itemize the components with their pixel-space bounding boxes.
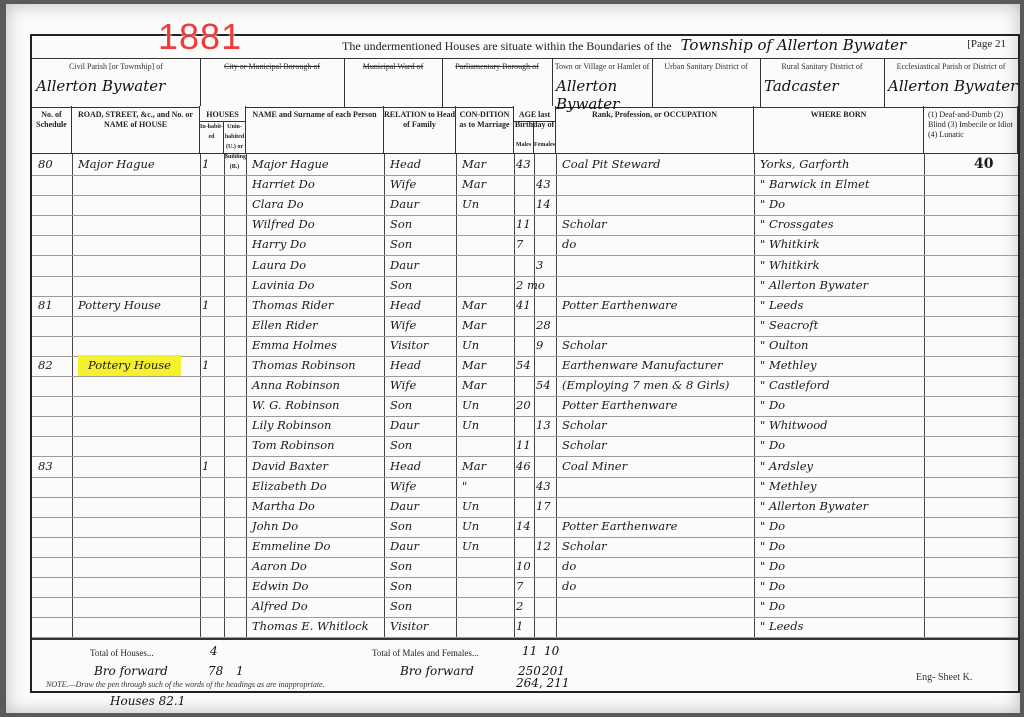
cell-house: Pottery House [78,355,181,376]
cell-rel: Daur [390,194,419,215]
infirmity-note: 40 [974,154,993,175]
cell-born: " Leeds [760,616,803,637]
table-row: Anna RobinsonWifeMar54(Employing 7 men &… [32,375,1018,397]
total-persons-label: Total of Males and Females... [372,648,479,658]
cell-rel: Daur [390,496,419,517]
cell-name: Major Hague [252,154,329,175]
total-females: 10 [544,644,559,658]
cell-cond: Un [462,496,479,517]
cell-occ: Potter Earthenware [562,295,677,316]
cell-f: 54 [536,375,551,396]
cell-f: 43 [536,174,551,195]
district-field: City or Municipal Borough of [200,59,345,107]
cell-cond: Mar [462,174,486,195]
column-group-inh: HOUSES [200,106,246,122]
cell-name: Lily Robinson [252,415,331,436]
district-field-label: Civil Parish [or Township] of [32,59,200,71]
table-row: Laura DoDaur3" Whitkirk [32,255,1018,277]
cell-sched: 81 [38,295,53,316]
cell-m: 1 [516,616,523,637]
cell-occ: Scholar [562,335,607,356]
total-males: 11 [522,644,537,658]
cell-cond: Mar [462,375,486,396]
cell-rel: Head [390,295,421,316]
cell-cond: Mar [462,355,486,376]
cell-inh: 1 [202,456,209,477]
cell-born: " Whitkirk [760,234,820,255]
cell-name: Anna Robinson [252,375,340,396]
cell-occ: do [562,556,576,577]
cell-m: 7 [516,576,523,597]
cell-occ: Potter Earthenware [562,516,677,537]
cell-rel: Son [390,214,412,235]
cell-name: Harriet Do [252,174,315,195]
cell-rel: Visitor [390,616,428,637]
cell-occ: Scholar [562,214,607,235]
cell-born: " Do [760,536,785,557]
cell-occ: Coal Miner [562,456,627,477]
page-number: [Page 21 [967,38,1006,50]
cell-m: 10 [516,556,531,577]
cell-m: 2 [516,596,523,617]
cell-rel: Head [390,456,421,477]
cell-rel: Son [390,395,412,416]
district-field-label: Rural Sanitary District of [760,59,884,71]
cell-occ: (Employing 7 men & 8 Girls) [562,375,729,396]
cell-cond: Un [462,395,479,416]
column-header-cond: CON-DITION as to Marriage [456,106,514,154]
grand-total-males: 264 [516,676,539,690]
table-row: Aaron DoSon10do" Do [32,556,1018,578]
cell-name: Lavinia Do [252,275,314,296]
cell-rel: Wife [390,375,416,396]
cell-name: Clara Do [252,194,304,215]
cell-cond: Mar [462,295,486,316]
district-field-value: Tadcaster [760,77,884,95]
table-row: W. G. RobinsonSonUn20Potter Earthenware"… [32,395,1018,417]
cell-born: Yorks, Garforth [760,154,849,175]
cell-rel: Head [390,355,421,376]
cell-name: Thomas Rider [252,295,333,316]
cell-rel: Wife [390,174,416,195]
district-header: Civil Parish [or Township] ofAllerton By… [32,58,1018,108]
cell-f: 14 [536,194,551,215]
cell-inh: 1 [202,355,209,376]
cell-born: " Do [760,194,785,215]
cell-occ: Earthenware Manufacturer [562,355,722,376]
district-field-label: Town or Village or Hamlet of [552,59,652,71]
bro-forward-houses: 78 [208,664,223,678]
table-row: 82Pottery House1Thomas RobinsonHeadMar54… [32,355,1018,377]
cell-born: " Allerton Bywater [760,496,868,517]
cell-name: John Do [252,516,298,537]
cell-occ: do [562,576,576,597]
cell-occ: Scholar [562,536,607,557]
cell-rel: Son [390,275,412,296]
cell-occ: Coal Pit Steward [562,154,660,175]
year-badge: 1881 [158,16,242,58]
cell-born: " Ardsley [760,456,813,477]
table-row: Martha DoDaurUn17" Allerton Bywater [32,496,1018,518]
cell-rel: Son [390,516,412,537]
boundary-name: Township of Allerton Bywater [681,36,907,54]
cell-sched: 80 [38,154,53,175]
cell-name: Alfred Do [252,596,308,617]
cell-occ: Scholar [562,415,607,436]
cell-m: 11 [516,435,531,456]
cell-rel: Son [390,556,412,577]
title-intro: The undermentioned Houses are situate wi… [342,39,672,53]
district-field-value: Allerton Bywater [884,77,1018,95]
district-field: Civil Parish [or Township] ofAllerton By… [32,59,201,107]
table-row: 81Pottery House1Thomas RiderHeadMar41Pot… [32,295,1018,317]
cell-born: " Do [760,556,785,577]
cell-m: 41 [516,295,531,316]
district-field-label: Ecclesiastical Parish or District of [884,59,1018,71]
cell-rel: Son [390,234,412,255]
sheet-label: Eng- Sheet K. [916,672,972,683]
cell-born: " Whitkirk [760,255,820,276]
cell-f: 9 [536,335,543,356]
cell-born: " Crossgates [760,214,834,235]
cell-cond: Un [462,415,479,436]
cell-m: 11 [516,214,531,235]
table-row: Thomas E. WhitlockVisitor1" Leeds [32,616,1018,638]
cell-name: Emmeline Do [252,536,330,557]
cell-f: 43 [536,476,551,497]
census-form: The undermentioned Houses are situate wi… [30,34,1020,693]
form-title: The undermentioned Houses are situate wi… [342,36,1010,56]
district-field: Municipal Ward of [344,59,443,107]
cell-rel: Son [390,576,412,597]
cell-house: Major Hague [78,154,155,175]
table-row: Emma HolmesVisitorUn9Scholar" Oulton [32,335,1018,357]
district-field: Ecclesiastical Parish or District ofAlle… [884,59,1019,107]
grand-total: 264, 211 [516,676,569,690]
column-header-inf: (1) Deaf-and-Dumb (2) Blind (3) Imbecile… [924,106,1018,154]
table-row: Clara DoDaurUn14" Do [32,194,1018,216]
cell-born: " Whitwood [760,415,828,436]
cell-m: 7 [516,234,523,255]
cell-born: " Seacroft [760,315,818,336]
cell-cond: Mar [462,315,486,336]
district-field-label: Urban Sanitary District of [652,59,760,71]
cell-inh: 1 [202,154,209,175]
cell-cond: Un [462,516,479,537]
cell-house: Pottery House [78,295,161,316]
table-row: Lily RobinsonDaurUn13Scholar" Whitwood [32,415,1018,437]
district-field: Parliamentary Borough of [442,59,553,107]
cell-name: Thomas Robinson [252,355,356,376]
cell-m: 20 [516,395,531,416]
table-row: Wilfred DoSon11Scholar" Crossgates [32,214,1018,236]
district-field-label: Municipal Ward of [344,59,442,71]
cell-cond: Un [462,194,479,215]
district-field-value: Allerton Bywater [32,77,200,95]
table-row: 80Major Hague1Major HagueHeadMar43Coal P… [32,154,1018,176]
column-header-rel: RELATION to Head of Family [384,106,456,154]
district-field-label: Parliamentary Borough of [442,59,552,71]
cell-rel: Daur [390,536,419,557]
cell-name: W. G. Robinson [252,395,339,416]
table-row: Tom RobinsonSon11Scholar" Do [32,435,1018,457]
table-row: Alfred DoSon2" Do [32,596,1018,618]
column-header-sched: No. of Schedule [32,106,72,154]
cell-occ: Scholar [562,435,607,456]
household-table: 80Major Hague1Major HagueHeadMar43Coal P… [32,154,1018,638]
bro-forward-houses-label: Bro forward [94,664,168,678]
cell-born: " Do [760,576,785,597]
cell-born: " Methley [760,476,817,497]
cell-born: " Do [760,395,785,416]
cell-rel: Wife [390,476,416,497]
houses-tally: Houses 82.1 [110,694,185,708]
cell-rel: Daur [390,415,419,436]
cell-f: 12 [536,536,551,557]
cell-born: " Methley [760,355,817,376]
cell-born: " Castleford [760,375,830,396]
total-houses-value: 4 [210,644,218,658]
table-row: Ellen RiderWifeMar28" Seacroft [32,315,1018,337]
district-field: Town or Village or Hamlet ofAllerton Byw… [552,59,653,107]
cell-born: " Leeds [760,295,803,316]
cell-rel: Visitor [390,335,428,356]
table-row: Emmeline DoDaurUn12Scholar" Do [32,536,1018,558]
cell-cond: Un [462,536,479,557]
cell-m: 54 [516,355,531,376]
table-row: Lavinia DoSon2 mo" Allerton Bywater [32,275,1018,297]
cell-cond: " [462,476,467,497]
cell-rel: Daur [390,255,419,276]
cell-m: 2 mo [516,275,545,296]
cell-name: Aaron Do [252,556,307,577]
cell-name: Edwin Do [252,576,308,597]
cell-name: David Baxter [252,456,328,477]
cell-cond: Mar [462,456,486,477]
cell-m: 43 [516,154,531,175]
cell-born: " Do [760,435,785,456]
cell-rel: Wife [390,315,416,336]
cell-rel: Head [390,154,421,175]
cell-rel: Son [390,596,412,617]
column-header-occ: Rank, Profession, or OCCUPATION [556,106,754,154]
cell-born: " Do [760,516,785,537]
cell-name: Martha Do [252,496,315,517]
column-header-name: NAME and Surname of each Person [246,106,384,154]
cell-born: " Allerton Bywater [760,275,868,296]
column-header-born: WHERE BORN [754,106,924,154]
cell-name: Ellen Rider [252,315,318,336]
district-field: Rural Sanitary District ofTadcaster [760,59,885,107]
cell-name: Harry Do [252,234,306,255]
table-row: Edwin DoSon7do" Do [32,576,1018,598]
cell-name: Laura Do [252,255,306,276]
cell-occ: do [562,234,576,255]
cell-name: Elizabeth Do [252,476,327,497]
table-row: Elizabeth DoWife"43" Methley [32,476,1018,498]
cell-m: 46 [516,456,531,477]
cell-cond: Un [462,335,479,356]
cell-born: " Do [760,596,785,617]
table-row: John DoSonUn14Potter Earthenware" Do [32,516,1018,538]
cell-f: 17 [536,496,551,517]
grand-total-females: 211 [547,676,570,690]
cell-f: 13 [536,415,551,436]
cell-sched: 82 [38,355,53,376]
cell-born: " Barwick in Elmet [760,174,869,195]
column-group-m: AGE last Birthday of [514,106,556,122]
cell-f: 3 [536,255,543,276]
cell-inh: 1 [202,295,209,316]
footnote: NOTE.—Draw the pen through such of the w… [46,680,325,689]
cell-name: Wilfred Do [252,214,315,235]
table-row: Harry DoSon7do" Whitkirk [32,234,1018,256]
census-page: 1881 The undermentioned Houses are situa… [6,4,1020,713]
cell-occ: Potter Earthenware [562,395,677,416]
cell-cond: Mar [462,154,486,175]
cell-f: 28 [536,315,551,336]
cell-name: Emma Holmes [252,335,337,356]
cell-sched: 83 [38,456,53,477]
table-row: 831David BaxterHeadMar46Coal Miner" Ards… [32,456,1018,478]
cell-m: 14 [516,516,531,537]
total-houses-label: Total of Houses... [90,648,154,658]
bro-forward-persons-label: Bro forward [400,664,474,678]
district-field-label: City or Municipal Borough of [200,59,344,71]
district-field: Urban Sanitary District of [652,59,761,107]
table-row: Harriet DoWifeMar43" Barwick in Elmet [32,174,1018,196]
cell-name: Tom Robinson [252,435,335,456]
bro-forward-uninhabited: 1 [236,664,244,678]
cell-rel: Son [390,435,412,456]
column-header-house: ROAD, STREET, &c., and No. or NAME of HO… [72,106,200,154]
cell-name: Thomas E. Whitlock [252,616,369,637]
cell-born: " Oulton [760,335,808,356]
